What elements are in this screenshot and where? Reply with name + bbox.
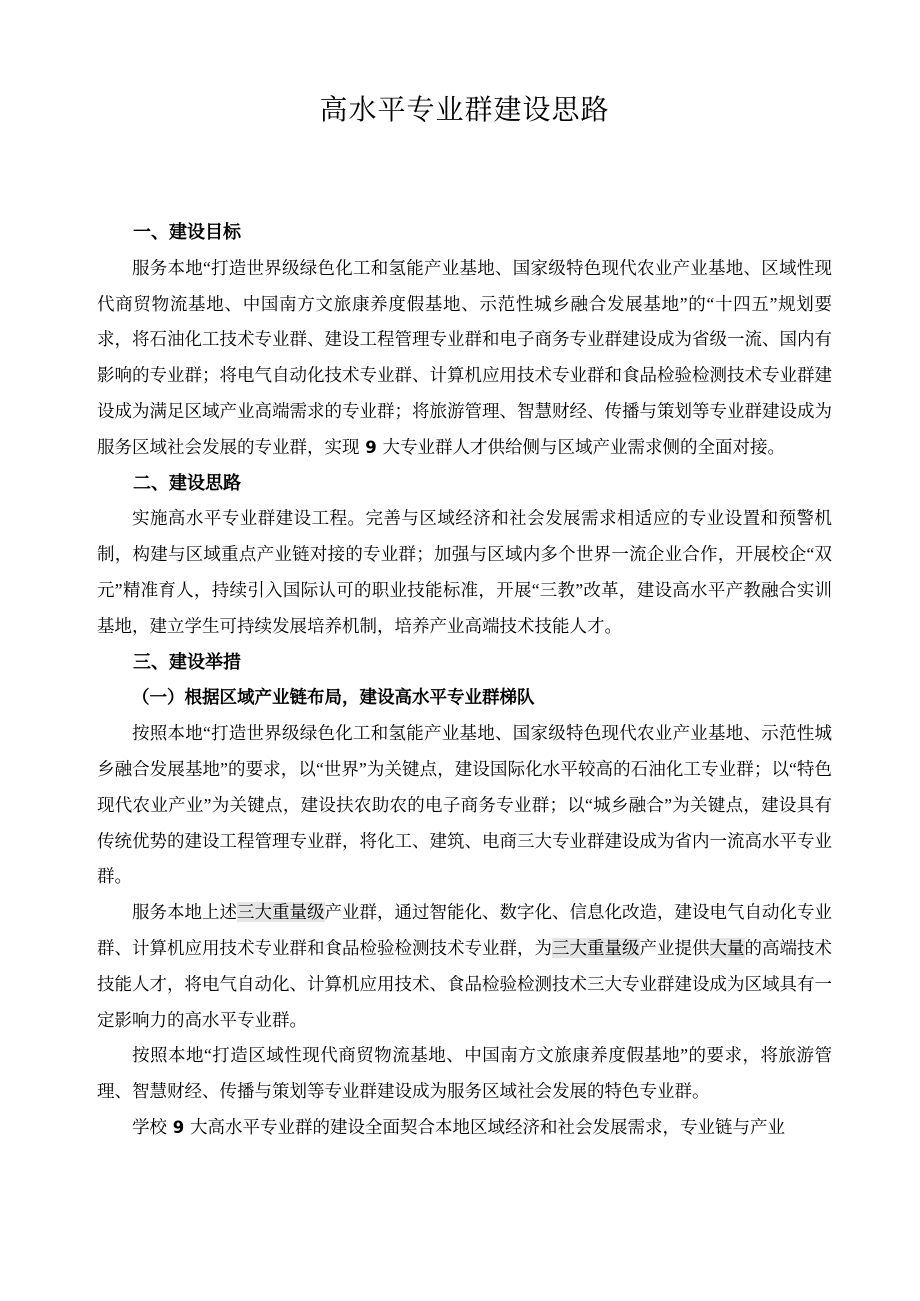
section-heading-3: 三、建设举措	[97, 645, 832, 681]
subsection-heading-3-1: （一）根据区域产业链布局，建设高水平专业群梯队	[97, 680, 832, 716]
paragraph: 实施高水平专业群建设工程。完善与区域经济和社会发展需求相适应的专业设置和预警机制…	[97, 501, 832, 644]
document-title: 高水平专业群建设思路	[97, 93, 832, 129]
paragraph: 按照本地“打造区域性现代商贸物流基地、中国南方文旅康养度假基地”的要求，将旅游管…	[97, 1038, 832, 1110]
section-construction-goals: 一、建设目标 服务本地“打造世界级绿色化工和氢能产业基地、国家级特色现代农业产业…	[97, 215, 832, 466]
section-construction-measures: 三、建设举措 （一）根据区域产业链布局，建设高水平专业群梯队 按照本地“打造世界…	[97, 645, 832, 1146]
document-body: 一、建设目标 服务本地“打造世界级绿色化工和氢能产业基地、国家级特色现代农业产业…	[97, 215, 832, 1146]
paragraph: 按照本地“打造世界级绿色化工和氢能产业基地、国家级特色现代农业产业基地、示范性城…	[97, 716, 832, 895]
paragraph: 服务本地“打造世界级绿色化工和氢能产业基地、国家级特色现代农业产业基地、区域性现…	[97, 251, 832, 466]
document-page: 高水平专业群建设思路 一、建设目标 服务本地“打造世界级绿色化工和氢能产业基地、…	[0, 0, 920, 1301]
paragraph: 服务本地上述三大重量级产业群，通过智能化、数字化、信息化改造，建设电气自动化专业…	[97, 895, 832, 1038]
section-construction-ideas: 二、建设思路 实施高水平专业群建设工程。完善与区域经济和社会发展需求相适应的专业…	[97, 466, 832, 645]
section-heading-1: 一、建设目标	[97, 215, 832, 251]
section-heading-2: 二、建设思路	[97, 466, 832, 502]
paragraph: 学校 9 大高水平专业群的建设全面契合本地区域经济和社会发展需求，专业链与产业	[97, 1110, 832, 1146]
